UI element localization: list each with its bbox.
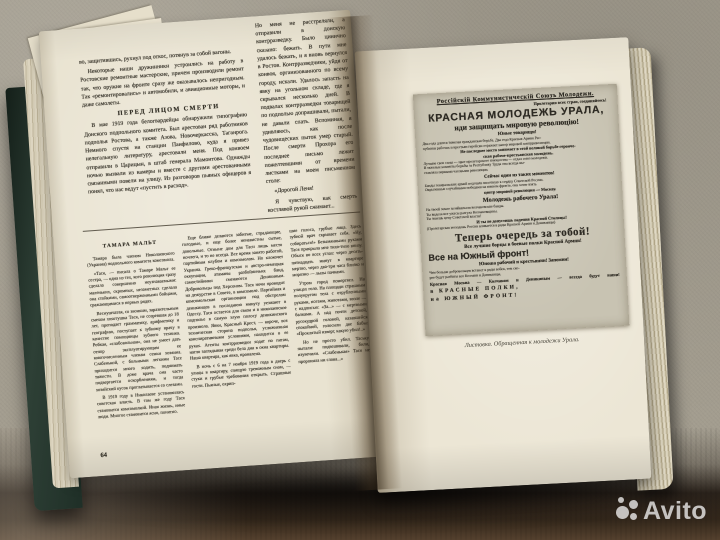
text-line: Но меня не расстреляли, а отправили в до… xyxy=(255,16,356,186)
article-column-1: Тамара была членом Николаевского (Украин… xyxy=(87,251,188,447)
text-line: «Тася, — писала о Тамаре Мальт ее сестра… xyxy=(88,265,178,309)
avito-watermark: Avito xyxy=(616,496,707,526)
text-line: Утром город помертвел. На улицах голо. Н… xyxy=(293,276,369,338)
article-column-3: шие голоса, грубые лица. Здесь зубной вр… xyxy=(289,223,375,430)
column-a: во, защитившись, рухнул под откос, потян… xyxy=(79,47,255,230)
text-line: Веснушчатая, со звонким, заразительным с… xyxy=(90,305,184,393)
article-heading-tamara-malt: ТАМАРА МАЛЬТ xyxy=(86,239,174,251)
column-b: Но меня не расстреляли, а отправили в до… xyxy=(255,16,358,214)
avito-wordmark: Avito xyxy=(643,497,707,526)
left-page: во, защитившись, рухнул под откос, потян… xyxy=(39,10,381,479)
text-line: В 1919 году в Николаеве установилась сов… xyxy=(96,389,186,420)
article-column-2: Еще ближе делаются забитые, страдающие, … xyxy=(181,229,295,437)
leaflet-caption: Листовка. Обращенная к молодежи Урала. xyxy=(400,333,644,353)
book-photo: во, защитившись, рухнул под откос, потян… xyxy=(0,0,720,540)
right-page: Россійскій Коммунистическій Союзъ Молоде… xyxy=(355,37,652,493)
text-line: В ночь с 6 на 7 ноября 1919 года в дверь… xyxy=(190,357,292,389)
avito-logo-icon xyxy=(616,496,638,526)
page-number: 64 xyxy=(100,452,107,459)
text-line: Еще ближе делаются забитые, страдающие, … xyxy=(181,229,290,362)
column-a-paragraph: В мае 1919 года белогвардейцы обнаружили… xyxy=(83,112,252,197)
text-line: Но не просто убил. Таську пытали: подвеш… xyxy=(297,335,371,365)
text-line: шие голоса, грубые лица. Здесь зубной вр… xyxy=(289,223,364,279)
column-a-fragments: во, защитившись, рухнул под откос, потян… xyxy=(79,47,246,110)
leaflet-reproduction: Россійскій Коммунистическій Союзъ Молоде… xyxy=(413,84,629,336)
